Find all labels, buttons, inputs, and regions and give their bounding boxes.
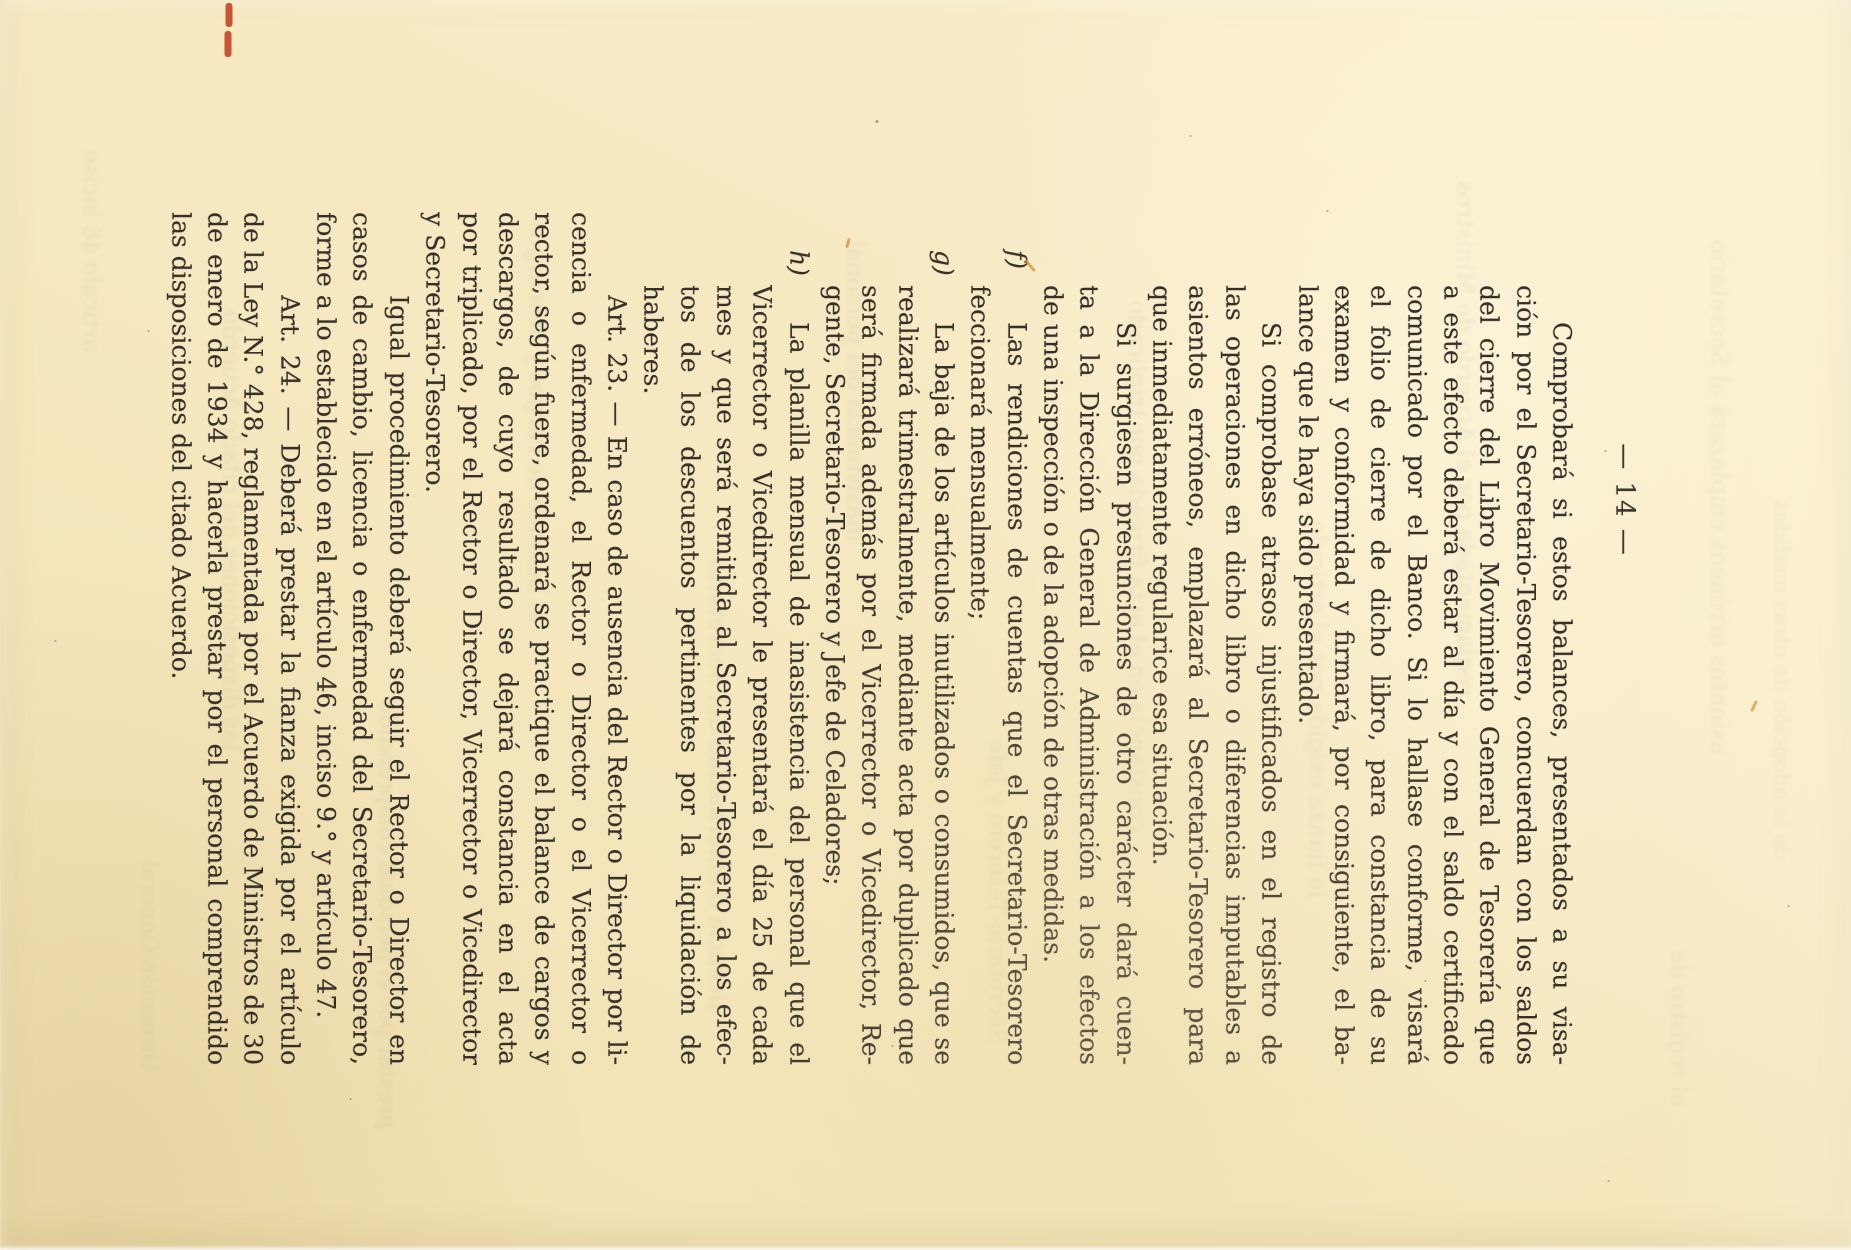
text-line: gente, Secretario-Tesorero y Jefe de Cel… [814,285,852,1065]
text-line: asientos erróneos, emplazará al Secretar… [1177,285,1215,1065]
text-line: Art. 23. — En caso de ausencia del Recto… [596,295,634,1065]
paper-speck [147,330,149,332]
paper-speck [1189,135,1191,137]
text-line: Igual procedimiento deberá seguir el Rec… [378,295,416,1065]
paper-speck [891,1045,893,1047]
paper-speck [1326,210,1328,212]
book-page: asientos erróneos emplazará al Secretari… [0,0,1851,1250]
text-line: a este efecto deberá estar al día y con … [1432,285,1470,1065]
text-line: Comprobará si estos balances, presentado… [1541,322,1579,1065]
text-line: La planilla mensual de inasistencia del … [778,322,816,1065]
text-line: Las rendiciones de cuentas que el Secret… [996,322,1034,1065]
text-line: que inmediatamente regularice esa situac… [1141,285,1179,1065]
text-line: cencia o enfermedad, el Rector o Directo… [560,212,598,1065]
paper-speck [1787,905,1789,907]
item-label: f) [996,250,1034,310]
text-line: realizará trimestralmente, mediante acta… [887,285,925,1065]
text-line: y Secretario-Tesorero. [414,212,452,1065]
text-line: Si surgiesen presunciones de otro caráct… [1105,322,1143,1065]
text-line: forme a lo establecido en el artículo 46… [305,212,343,1065]
paper-speck [1604,450,1606,452]
paper-speck [1424,980,1426,982]
red-margin-mark [224,31,231,57]
text-line: Si comprobase atrasos injustificados en … [1250,322,1288,1065]
text-line: Vicerrector o Vicedirector le presentará… [741,285,779,1065]
paper-speck [349,1098,351,1100]
bleedthrough-text: asientos erróneos emplazará al Secretari… [1705,240,1733,755]
text-line: examen y conformidad y firmará, por cons… [1323,285,1361,1065]
item-label: h) [778,250,816,310]
text-line: por triplicado, por el Rector o Director… [451,212,489,1065]
text-line: mes y que será remitida al Secretario-Te… [705,285,743,1065]
bleedthrough-text: Dirección General [135,860,161,1072]
text-line: las disposiciones del citado Acuerdo. [160,212,198,1065]
text-line: comunicado por el Banco. Si lo hallase c… [1396,285,1434,1065]
text-line: ta a la Dirección General de Administrac… [1068,285,1106,1065]
bleedthrough-text: artículo 46 inciso [77,150,103,352]
text-line: de enero de 1934 y hacerla prestar por e… [196,212,234,1065]
text-line: descargos, de cuyo resultado se dejará c… [487,212,525,1065]
text-line: lance que le haya sido presentado. [1287,285,1325,1065]
scanned-page-frame: asientos erróneos emplazará al Secretari… [0,0,1851,1250]
text-line: Art. 24. — Deberá prestar la fianza exig… [269,295,307,1065]
text-line: ción por el Secretario-Tesorero, concuer… [1505,285,1543,1065]
paper-speck [1607,1180,1609,1182]
paper-speck [1549,760,1551,762]
text-line: rector, según fuere, ordenará se practiq… [523,212,561,1065]
text-line: las operaciones en dicho libro o diferen… [1214,285,1252,1065]
paper-speck [875,120,878,123]
page-number: — 14 — [1609,0,1639,1000]
bleedthrough-text: de la adopción de otras medidas [1768,500,1793,861]
text-line: feccionará mensualmente; [959,285,997,1065]
text-line: del cierre del Libro Movimiento General … [1468,285,1506,1065]
text-line: tos de los descuentos pertinentes por la… [669,285,707,1065]
text-line: haberes. [632,285,670,1065]
text-line: casos de cambio, licencia o enfermedad d… [341,212,379,1065]
text-line: de la Ley N.° 428, reglamentada por el A… [232,212,270,1065]
paper-speck [54,640,56,642]
text-line: La baja de los artículos inutilizados o … [923,322,961,1065]
paper-fiber [1750,700,1758,712]
item-label: g) [923,250,961,310]
text-line: el folio de cierre de dicho libro, para … [1359,285,1397,1065]
red-margin-mark [225,3,232,27]
bleedthrough-text: el registro de [1665,950,1691,1107]
text-line: de una inspección o de la adopción de ot… [1032,285,1070,1065]
text-line: será firmada además por el Vicerrector o… [850,285,888,1065]
